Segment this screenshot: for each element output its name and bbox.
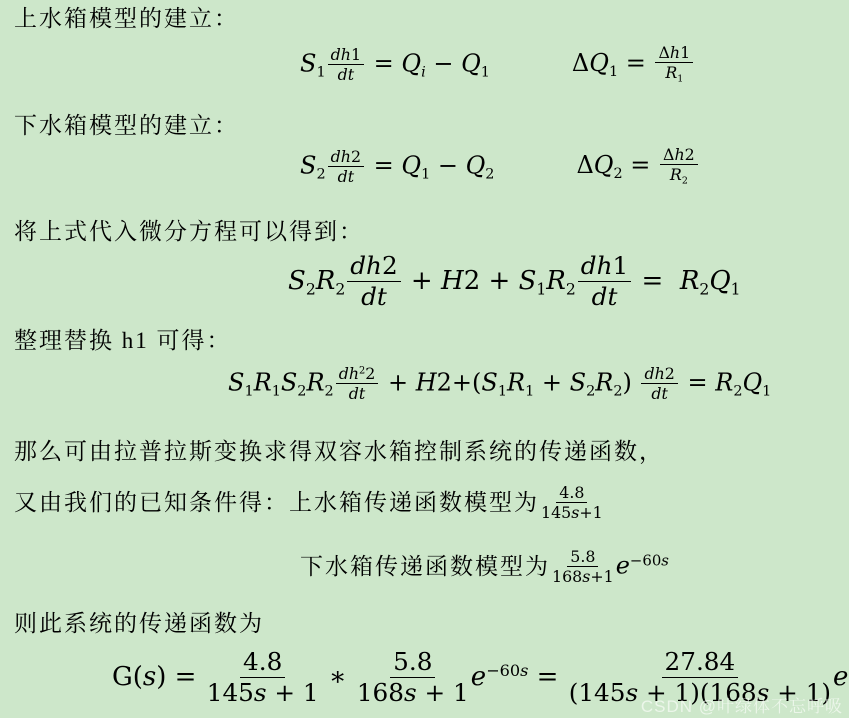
fraction-denominator: (145s + 1)(168s + 1) xyxy=(569,678,831,707)
math-token: dh xyxy=(339,364,359,383)
fraction-numerator: dh1 xyxy=(578,252,631,282)
fraction-denominator: 168s + 1 xyxy=(357,678,469,707)
equation-lower-tank-balance: S2dh2dt = Q1 − Q2 xyxy=(300,148,494,186)
math-token: dh xyxy=(644,364,664,383)
math-token: + xyxy=(380,368,415,396)
fraction-numerator: Δh1 xyxy=(655,44,693,63)
math-token: dt xyxy=(361,282,387,311)
math-token: s xyxy=(404,678,417,707)
math-token: 1 xyxy=(351,45,361,64)
math-superscript: −60s xyxy=(486,661,528,680)
fraction-numerator: 4.8 xyxy=(556,484,587,503)
fraction-numerator: Δh2 xyxy=(660,146,698,165)
math-token: 2 xyxy=(685,145,695,164)
math-token: + 1 xyxy=(267,678,319,707)
math-token: +1 xyxy=(579,503,602,522)
fraction-denominator: R2 xyxy=(670,165,688,187)
math-fraction: dh2dt xyxy=(347,252,400,312)
math-token: dt xyxy=(338,167,355,186)
fraction-denominator: dt xyxy=(592,282,618,311)
math-fraction: dh2dt xyxy=(641,365,677,403)
math-token: dh xyxy=(581,251,613,280)
math-token: h xyxy=(674,145,684,164)
fraction-denominator: R1 xyxy=(665,63,683,85)
math-token: S xyxy=(519,266,537,296)
math-token: 145 xyxy=(207,678,254,707)
math-token: 1 xyxy=(421,166,430,182)
math-token: dt xyxy=(651,384,668,403)
math-token: 4.8 xyxy=(559,483,584,502)
fraction-numerator: dh22 xyxy=(336,365,379,384)
math-token: 1 xyxy=(316,64,325,80)
math-superscript: −60s xyxy=(630,551,669,569)
math-token: 1 xyxy=(731,280,741,298)
fraction-denominator: dt xyxy=(338,167,355,185)
fraction-denominator: 168s+1 xyxy=(552,567,614,585)
math-fraction: dh1dt xyxy=(328,46,364,84)
math-token: 2 xyxy=(613,166,622,182)
math-fraction: 27.84(145s + 1)(168s + 1) xyxy=(569,648,831,708)
math-token: 1 xyxy=(244,383,253,399)
math-token: dt xyxy=(338,65,355,84)
math-token: Q xyxy=(401,151,421,179)
fraction-denominator: dt xyxy=(651,384,668,402)
math-token: Q xyxy=(401,49,421,77)
paragraph-laplace-transform: 那么可由拉普拉斯变换求得双容水箱控制系统的传递函数， xyxy=(14,438,664,467)
math-token: R xyxy=(670,165,682,184)
math-token: −60 xyxy=(630,551,661,569)
math-token: S xyxy=(481,368,497,396)
math-token: dt xyxy=(592,282,618,311)
fraction-denominator: dt xyxy=(338,65,355,83)
math-token: 2 xyxy=(351,147,361,166)
math-fraction: 4.8145s + 1 xyxy=(207,648,319,708)
fraction-numerator: 4.8 xyxy=(240,648,285,678)
math-token: 1 xyxy=(481,64,490,80)
math-token: R xyxy=(316,266,336,296)
math-fraction: dh22dt xyxy=(336,365,379,403)
math-token: R xyxy=(715,368,733,396)
math-token: 2 xyxy=(665,364,675,383)
paragraph-lower-tank-tf: 下水箱传递函数模型为 5.8168s+1e−60s xyxy=(300,548,669,586)
math-token: R xyxy=(680,266,700,296)
math-token: S xyxy=(281,368,297,396)
math-fraction: dh2dt xyxy=(328,148,364,186)
math-token: Δ xyxy=(658,43,669,62)
math-token: S xyxy=(300,151,316,179)
fraction-numerator: dh1 xyxy=(328,46,364,65)
math-token: dh xyxy=(331,147,351,166)
math-token: −60 xyxy=(486,661,520,680)
paragraph-upper-tank-tf: 又由我们的已知条件得：上水箱传递函数模型为 4.8145s+1 xyxy=(14,484,605,522)
math-fraction: 5.8168s + 1 xyxy=(357,648,469,708)
fraction-numerator: 5.8 xyxy=(567,548,598,567)
math-token: S xyxy=(300,49,316,77)
math-token: Δ xyxy=(576,151,593,179)
math-token: S xyxy=(228,368,244,396)
math-fraction: 5.8168s+1 xyxy=(552,548,614,586)
math-token: S xyxy=(288,266,306,296)
math-fraction: 4.8145s+1 xyxy=(541,484,603,522)
math-token: 1 xyxy=(272,383,281,399)
math-token: = xyxy=(528,662,566,692)
paragraph-system-tf: 则此系统的传递函数为 xyxy=(14,610,264,639)
fraction-numerator: 5.8 xyxy=(390,648,435,678)
math-token: dh xyxy=(350,251,382,280)
equation-lower-tank-tf: 5.8168s+1e−60s xyxy=(550,548,669,586)
math-token: − xyxy=(430,151,465,179)
math-token: + xyxy=(403,266,441,296)
math-token: 2+( xyxy=(437,368,482,396)
math-token: 1 xyxy=(677,74,683,85)
paragraph-upper-tank-tf-text: 又由我们的已知条件得：上水箱传递函数模型为 xyxy=(14,489,539,518)
math-token: R xyxy=(254,368,272,396)
paragraph-lower-tank-tf-text: 下水箱传递函数模型为 xyxy=(300,553,550,582)
math-token: H xyxy=(416,368,437,396)
math-token: dh xyxy=(331,45,351,64)
math-token: R xyxy=(306,368,324,396)
fraction-denominator: 145s+1 xyxy=(541,503,603,521)
equation-upper-tank-flow: ΔQ1 = Δh1R1 xyxy=(572,44,695,85)
math-token: 2 xyxy=(306,280,316,298)
equation-lower-tank-flow: ΔQ2 = Δh2R2 xyxy=(576,146,699,187)
math-token: = xyxy=(366,151,401,179)
heading-lower-tank-model: 下水箱模型的建立： xyxy=(14,112,239,141)
math-token: 2 xyxy=(699,280,709,298)
math-token: 5.8 xyxy=(393,647,432,676)
math-token: s xyxy=(143,662,156,692)
math-token: s xyxy=(254,678,267,707)
heading-substitute-differential: 将上式代入微分方程可以得到： xyxy=(14,218,364,247)
document-page: { "text": { "h1": "上水箱模型的建立：", "h2": "下水… xyxy=(0,0,849,718)
equation-row-second-order: S1R1S2R2dh22dt + H2+(S1R1 + S2R2) dh2dt … xyxy=(228,365,771,403)
equation-second-order: S1R1S2R2dh22dt + H2+(S1R1 + S2R2) dh2dt … xyxy=(228,365,771,403)
math-fraction: Δh1R1 xyxy=(655,44,693,85)
math-token: 2 xyxy=(382,251,398,280)
math-fraction: dh1dt xyxy=(578,252,631,312)
math-token: s xyxy=(757,678,770,707)
math-token: + 1)(168 xyxy=(638,678,756,707)
math-token: Q xyxy=(742,368,762,396)
equation-upper-tank-balance: S1dh1dt = Qi − Q1 xyxy=(300,46,490,84)
math-token: = xyxy=(623,151,658,179)
math-token: = xyxy=(680,368,715,396)
math-token: 1 xyxy=(536,280,546,298)
math-fraction: Δh2R2 xyxy=(660,146,698,187)
math-token: 2 xyxy=(464,266,481,296)
math-token: Q xyxy=(709,266,730,296)
math-token: 1 xyxy=(762,383,771,399)
math-token: 5.8 xyxy=(570,547,595,566)
math-token: Δ xyxy=(572,49,589,77)
math-token: 1 xyxy=(680,43,690,62)
fraction-numerator: 27.84 xyxy=(662,648,739,678)
math-token: + 1) xyxy=(769,678,831,707)
fraction-denominator: dt xyxy=(349,384,366,402)
heading-rearrange-h1: 整理替换 h1 可得： xyxy=(14,327,232,356)
equation-row-combined: S2R2dh2dt + H2 + S1R2dh1dt = R2Q1 xyxy=(288,252,741,312)
math-token: = xyxy=(633,266,680,296)
math-token: 2 xyxy=(335,280,345,298)
math-token: 2 xyxy=(316,166,325,182)
equation-row-final-tf: G(s) = 4.8145s + 1 ∗ 5.8168s + 1e−60s = … xyxy=(112,648,849,708)
math-token: + 1 xyxy=(417,678,469,707)
math-token: R xyxy=(546,266,566,296)
math-token: + xyxy=(534,368,569,396)
math-token: e xyxy=(616,551,630,579)
math-token: R xyxy=(507,368,525,396)
math-token: = xyxy=(618,49,653,77)
math-token: Δ xyxy=(663,145,674,164)
math-token: 168 xyxy=(552,567,582,586)
fraction-numerator: dh2 xyxy=(347,252,400,282)
math-token: (145 xyxy=(569,678,626,707)
math-token: Q xyxy=(594,151,614,179)
math-token: 4.8 xyxy=(243,647,282,676)
math-token: S xyxy=(570,368,586,396)
equation-upper-tank-tf: 4.8145s+1 xyxy=(539,484,605,522)
equation-row-upper-tank: S1dh1dt = Qi − Q1 ΔQ1 = Δh1R1 xyxy=(300,44,695,85)
equation-final-transfer-function: G(s) = 4.8145s + 1 ∗ 5.8168s + 1e−60s = … xyxy=(112,648,849,708)
math-token: ) xyxy=(622,368,639,396)
fraction-numerator: dh2 xyxy=(328,148,364,167)
math-token: + xyxy=(480,266,518,296)
math-token: R xyxy=(595,368,613,396)
math-token: ) = xyxy=(156,662,204,692)
equation-row-lower-tank: S2dh2dt = Q1 − Q2 ΔQ2 = Δh2R2 xyxy=(300,146,700,187)
math-token: dt xyxy=(349,384,366,403)
math-token: 2 xyxy=(682,176,688,187)
math-token: 1 xyxy=(525,383,534,399)
math-token: h xyxy=(670,43,680,62)
math-token: 145 xyxy=(541,503,571,522)
math-token: s xyxy=(625,678,638,707)
fraction-denominator: dt xyxy=(361,282,387,311)
math-token: e xyxy=(471,662,486,692)
math-token: Q xyxy=(461,49,481,77)
math-token: 2 xyxy=(365,364,375,383)
math-token: s xyxy=(661,551,669,569)
math-token: − xyxy=(426,49,461,77)
math-token: 2 xyxy=(586,383,595,399)
math-token: 1 xyxy=(613,251,629,280)
math-token: e xyxy=(833,662,848,692)
math-token: 1 xyxy=(498,383,507,399)
math-token: 27.84 xyxy=(665,647,736,676)
math-token: 2 xyxy=(325,383,334,399)
math-token: Q xyxy=(466,151,486,179)
fraction-numerator: dh2 xyxy=(641,365,677,384)
math-token: = xyxy=(366,49,401,77)
math-token: +1 xyxy=(590,567,613,586)
math-token: H xyxy=(441,266,464,296)
math-token: 2 xyxy=(485,166,494,182)
math-token: R xyxy=(665,63,677,82)
math-token: G( xyxy=(112,662,143,692)
heading-upper-tank-model: 上水箱模型的建立： xyxy=(14,5,239,34)
equation-combined-differential: S2R2dh2dt + H2 + S1R2dh1dt = R2Q1 xyxy=(288,252,741,312)
fraction-denominator: 145s + 1 xyxy=(207,678,319,707)
math-token: 1 xyxy=(609,64,618,80)
math-token: ∗ xyxy=(321,662,355,692)
math-token: Q xyxy=(589,49,609,77)
math-token: 168 xyxy=(357,678,404,707)
math-token: 2 xyxy=(566,280,576,298)
